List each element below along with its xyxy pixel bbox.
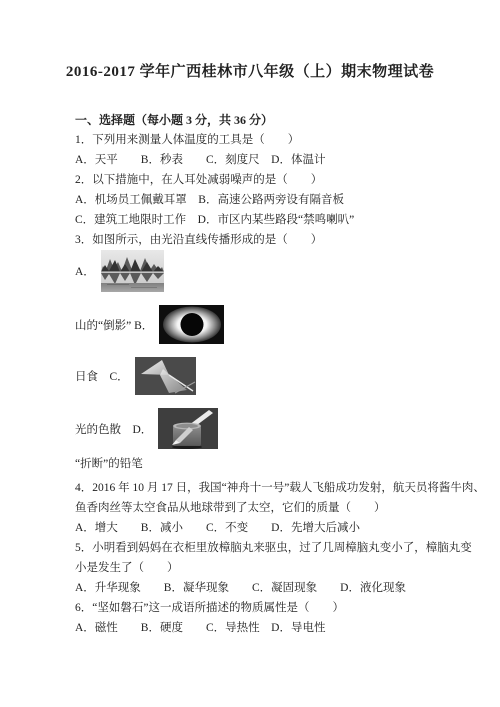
section-heading-choice-questions: 一、选择题（每小题 3 分，共 36 分） [75,110,470,130]
caption-dispersion-and-option-d-label: 光的色散 D． [75,421,152,437]
caption-solar-eclipse-and-option-c-label: 日食 C． [75,368,129,384]
question-3-stem: 3．如图所示，由光沿直线传播形成的是（ ） [75,230,470,250]
exam-paper-page: 2016-2017 学年广西桂林市八年级（上）期末物理试卷 一、选择题（每小题 … [0,0,500,707]
solar-eclipse-photo [159,305,224,344]
question-3-figure-row-b: 山的“倒影” B． [75,305,470,344]
question-1-stem: 1．下列用来测量人体温度的工具是（ ） [75,130,470,150]
question-3-figure-row-a: A． [75,250,470,292]
question-2-options-cd: C．建筑工地限时工作 D．市区内某些路段“禁鸣喇叭” [75,210,470,230]
caption-broken-pencil: “折断”的铅笔 [75,454,470,474]
question-4-stem-line-1: 4．2016 年 10 月 17 日，我国“神舟十一号”载人飞船成功发射，航天员… [75,478,470,498]
question-3-figure-row-d: 光的色散 D． [75,408,470,449]
question-1-options: A．天平 B．秒表 C．刻度尺 D．体温计 [75,150,470,170]
question-5-stem-line-2: 小是发生了（ ） [75,558,470,578]
question-6-stem: 6．“坚如磐石”这一成语所描述的物质属性是（ ） [75,598,470,618]
caption-mountain-reflection-and-option-b-label: 山的“倒影” B． [75,317,153,333]
question-2-stem: 2．以下措施中，在人耳处减弱噪声的是（ ） [75,170,470,190]
question-2-options-ab: A．机场员工佩戴耳罩 B．高速公路两旁设有隔音板 [75,190,470,210]
pencil-in-glass-photo [158,408,218,449]
question-6-options: A．磁性 B．硬度 C．导热性 D．导电性 [75,618,470,638]
question-4-options: A．增大 B．减小 C．不变 D．先增大后减小 [75,518,470,538]
mountain-reflection-photo [101,250,164,292]
question-3-figure-row-c: 日食 C． [75,357,470,395]
question-5-options: A．升华现象 B．凝华现象 C．凝固现象 D．液化现象 [75,578,470,598]
prism-dispersion-photo [135,357,196,395]
exam-content: 一、选择题（每小题 3 分，共 36 分） 1．下列用来测量人体温度的工具是（ … [0,110,500,638]
question-4-stem-line-2: 鱼香肉丝等太空食品从地球带到了太空，它们的质量（ ） [75,498,470,518]
page-title: 2016-2017 学年广西桂林市八年级（上）期末物理试卷 [0,0,500,82]
question-5-stem-line-1: 5．小明看到妈妈在衣柜里放樟脑丸来驱虫，过了几周樟脑丸变小了，樟脑丸变 [75,538,470,558]
option-a-label: A． [75,263,95,279]
